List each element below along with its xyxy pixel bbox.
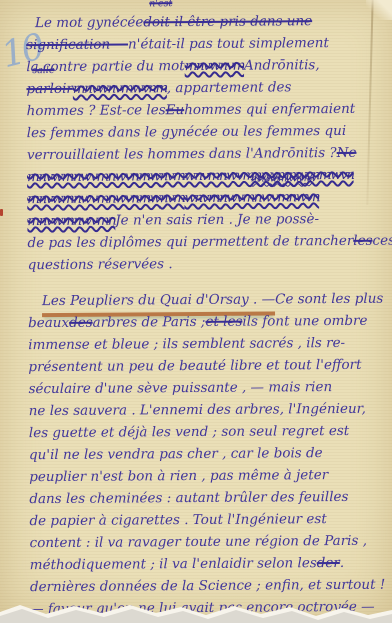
manuscript-line: questions réservées . bbox=[28, 252, 386, 276]
text-run: n'était-il pas tout simplement bbox=[128, 32, 329, 55]
text-run: beaux bbox=[28, 312, 69, 334]
manuscript-line: verrouillaient les hommes dans l'Andrōni… bbox=[27, 142, 385, 166]
text-run: méthodiquement ; il va l'enlaidir selon … bbox=[30, 552, 317, 576]
text-run: content : il va ravager toute une région… bbox=[30, 530, 368, 554]
manuscript-photo: { "colors":{ "ink":"#41369b", "paper":"#… bbox=[0, 0, 392, 623]
manuscript-line: les femmes dans le gynécée ou les femmes… bbox=[27, 120, 385, 144]
scribble-strikeout: mnvwmnwvmn bbox=[27, 210, 115, 233]
manuscript-line: mnvwmnwvmn Je n'en sais rien . Je ne pos… bbox=[27, 208, 385, 232]
text-run: ces bbox=[372, 230, 392, 252]
text-run: ils font une ombre bbox=[242, 310, 367, 333]
text-run: présentent un peu de beauté libre et tou… bbox=[28, 354, 361, 378]
inserted-word-above: n'est bbox=[149, 0, 172, 9]
scribble-strikeout: mnvwnvmwvnm bbox=[73, 77, 167, 100]
manuscript-line: de papier à cigarettes . Tout l'Ingénieu… bbox=[29, 508, 387, 532]
manuscript-line: la contre partie du mot mnvwnvm Andrōnit… bbox=[26, 54, 384, 78]
manuscript-line: qu'il ne les vendra pas cher , car le bo… bbox=[29, 442, 387, 466]
struck-text: et les bbox=[205, 311, 242, 333]
manuscript-line: mnvwmnwvmnwvnmwnvmwnvmnwvmnwvmnwvnmwvn bbox=[27, 164, 385, 188]
struck-text: doit-il être pris dans unen'est bbox=[143, 10, 312, 33]
manuscript-line: dans les cheminées : autant brûler des f… bbox=[29, 486, 387, 510]
manuscript-line: séculaire d'une sève puissante , — mais … bbox=[28, 376, 386, 400]
text-run: Ce sont les plus bbox=[275, 288, 383, 311]
handwritten-text-block: Le mot gynécée doit-il être pris dans un… bbox=[0, 0, 392, 620]
manuscript-line: signification — n'était-il pas tout simp… bbox=[26, 32, 384, 56]
inserted-word-above: salle bbox=[32, 66, 54, 76]
text-run: hommes qui enfermaient bbox=[184, 98, 355, 121]
struck-text: les bbox=[353, 230, 372, 252]
text-run: arbres de Paris ; bbox=[93, 311, 206, 334]
manuscript-line: Le mot gynécée doit-il être pris dans un… bbox=[26, 10, 384, 34]
text-run: de pas les diplômes qui permettent de tr… bbox=[27, 230, 353, 254]
text-run: peuplier n'est bon à rien , pas même à j… bbox=[29, 464, 328, 488]
text-run: les guette et déjà les vend ; son seul r… bbox=[29, 420, 349, 444]
struck-text: Ne bbox=[337, 142, 357, 164]
manuscript-line: beaux des arbres de Paris ; et les ils f… bbox=[28, 310, 386, 334]
text-run: questions réservées . bbox=[28, 253, 173, 276]
text-run: dernières données de la Science ; enfin,… bbox=[30, 574, 385, 598]
text-run: de papier à cigarettes . Tout l'Ingénieu… bbox=[29, 508, 326, 532]
manuscript-page: 10 Le mot gynécée doit-il être pris dans… bbox=[0, 0, 392, 618]
text-run: . bbox=[340, 552, 344, 574]
text-run: Le mot gynécée bbox=[35, 11, 144, 34]
text-run: verrouillaient les hommes dans l'Andrōni… bbox=[27, 142, 337, 166]
struck-text: des bbox=[69, 312, 93, 334]
text-run: immense et bleue ; ils semblent sacrés ,… bbox=[28, 332, 345, 356]
struck-text: Eu bbox=[166, 99, 185, 121]
struck-text: der bbox=[317, 552, 340, 574]
scribble-strikeout: mnvwmnwvmnwvnmwnvm bbox=[27, 187, 184, 210]
struck-text: parloirsalle bbox=[26, 78, 73, 100]
manuscript-line: immense et bleue ; ils semblent sacrés ,… bbox=[28, 332, 386, 356]
text-run: séculaire d'une sève puissante , — mais … bbox=[28, 376, 332, 400]
manuscript-line: de pas les diplômes qui permettent de tr… bbox=[27, 230, 385, 254]
manuscript-line: ne les sauvera . L'ennemi des arbres, l'… bbox=[29, 398, 387, 422]
text-run: les femmes dans le gynécée ou les femmes… bbox=[27, 120, 347, 144]
text-run: ne les sauvera . L'ennemi des arbres, l'… bbox=[29, 398, 366, 422]
manuscript-line: content : il va ravager toute une région… bbox=[30, 530, 388, 554]
scribble-strikeout: wnvmnwvmnwvmnwvnmnwvnmwvnmw bbox=[184, 186, 319, 209]
manuscript-line: parloirsallemnvwnvmwvnm , appartement de… bbox=[26, 76, 384, 100]
text-run: , appartement des bbox=[167, 76, 292, 99]
text-run: hommes ? Est-ce les bbox=[27, 99, 166, 122]
manuscript-line: Les Peupliers du Quai d'Orsay . — Ce son… bbox=[28, 288, 386, 312]
manuscript-line: mnvwmnwvmnwvnmwnvmwnvmnwvmnwvmnwvnmnwvnm… bbox=[27, 186, 385, 210]
text-run: Je n'en sais rien . Je ne possè- bbox=[115, 208, 319, 231]
manuscript-line: les guette et déjà les vend ; son seul r… bbox=[29, 420, 387, 444]
struck-text: signification — bbox=[26, 33, 128, 56]
text-run: qu'il ne les vendra pas cher , car le bo… bbox=[29, 442, 323, 466]
manuscript-line: présentent un peu de beauté libre et tou… bbox=[28, 354, 386, 378]
manuscript-line: méthodiquement ; il va l'enlaidir selon … bbox=[30, 552, 388, 576]
manuscript-line: hommes ? Est-ce les Eu hommes qui enferm… bbox=[27, 98, 385, 122]
text-run: Andrōnitis, bbox=[244, 54, 320, 77]
inserted-word-above: mnwvnmwvnmw bbox=[251, 174, 315, 184]
scribble-strikeout: mnvwnvm bbox=[185, 55, 244, 77]
manuscript-line: dernières données de la Science ; enfin,… bbox=[30, 574, 388, 598]
manuscript-line: peuplier n'est bon à rien , pas même à j… bbox=[29, 464, 387, 488]
text-run: dans les cheminées : autant brûler des f… bbox=[29, 486, 348, 510]
